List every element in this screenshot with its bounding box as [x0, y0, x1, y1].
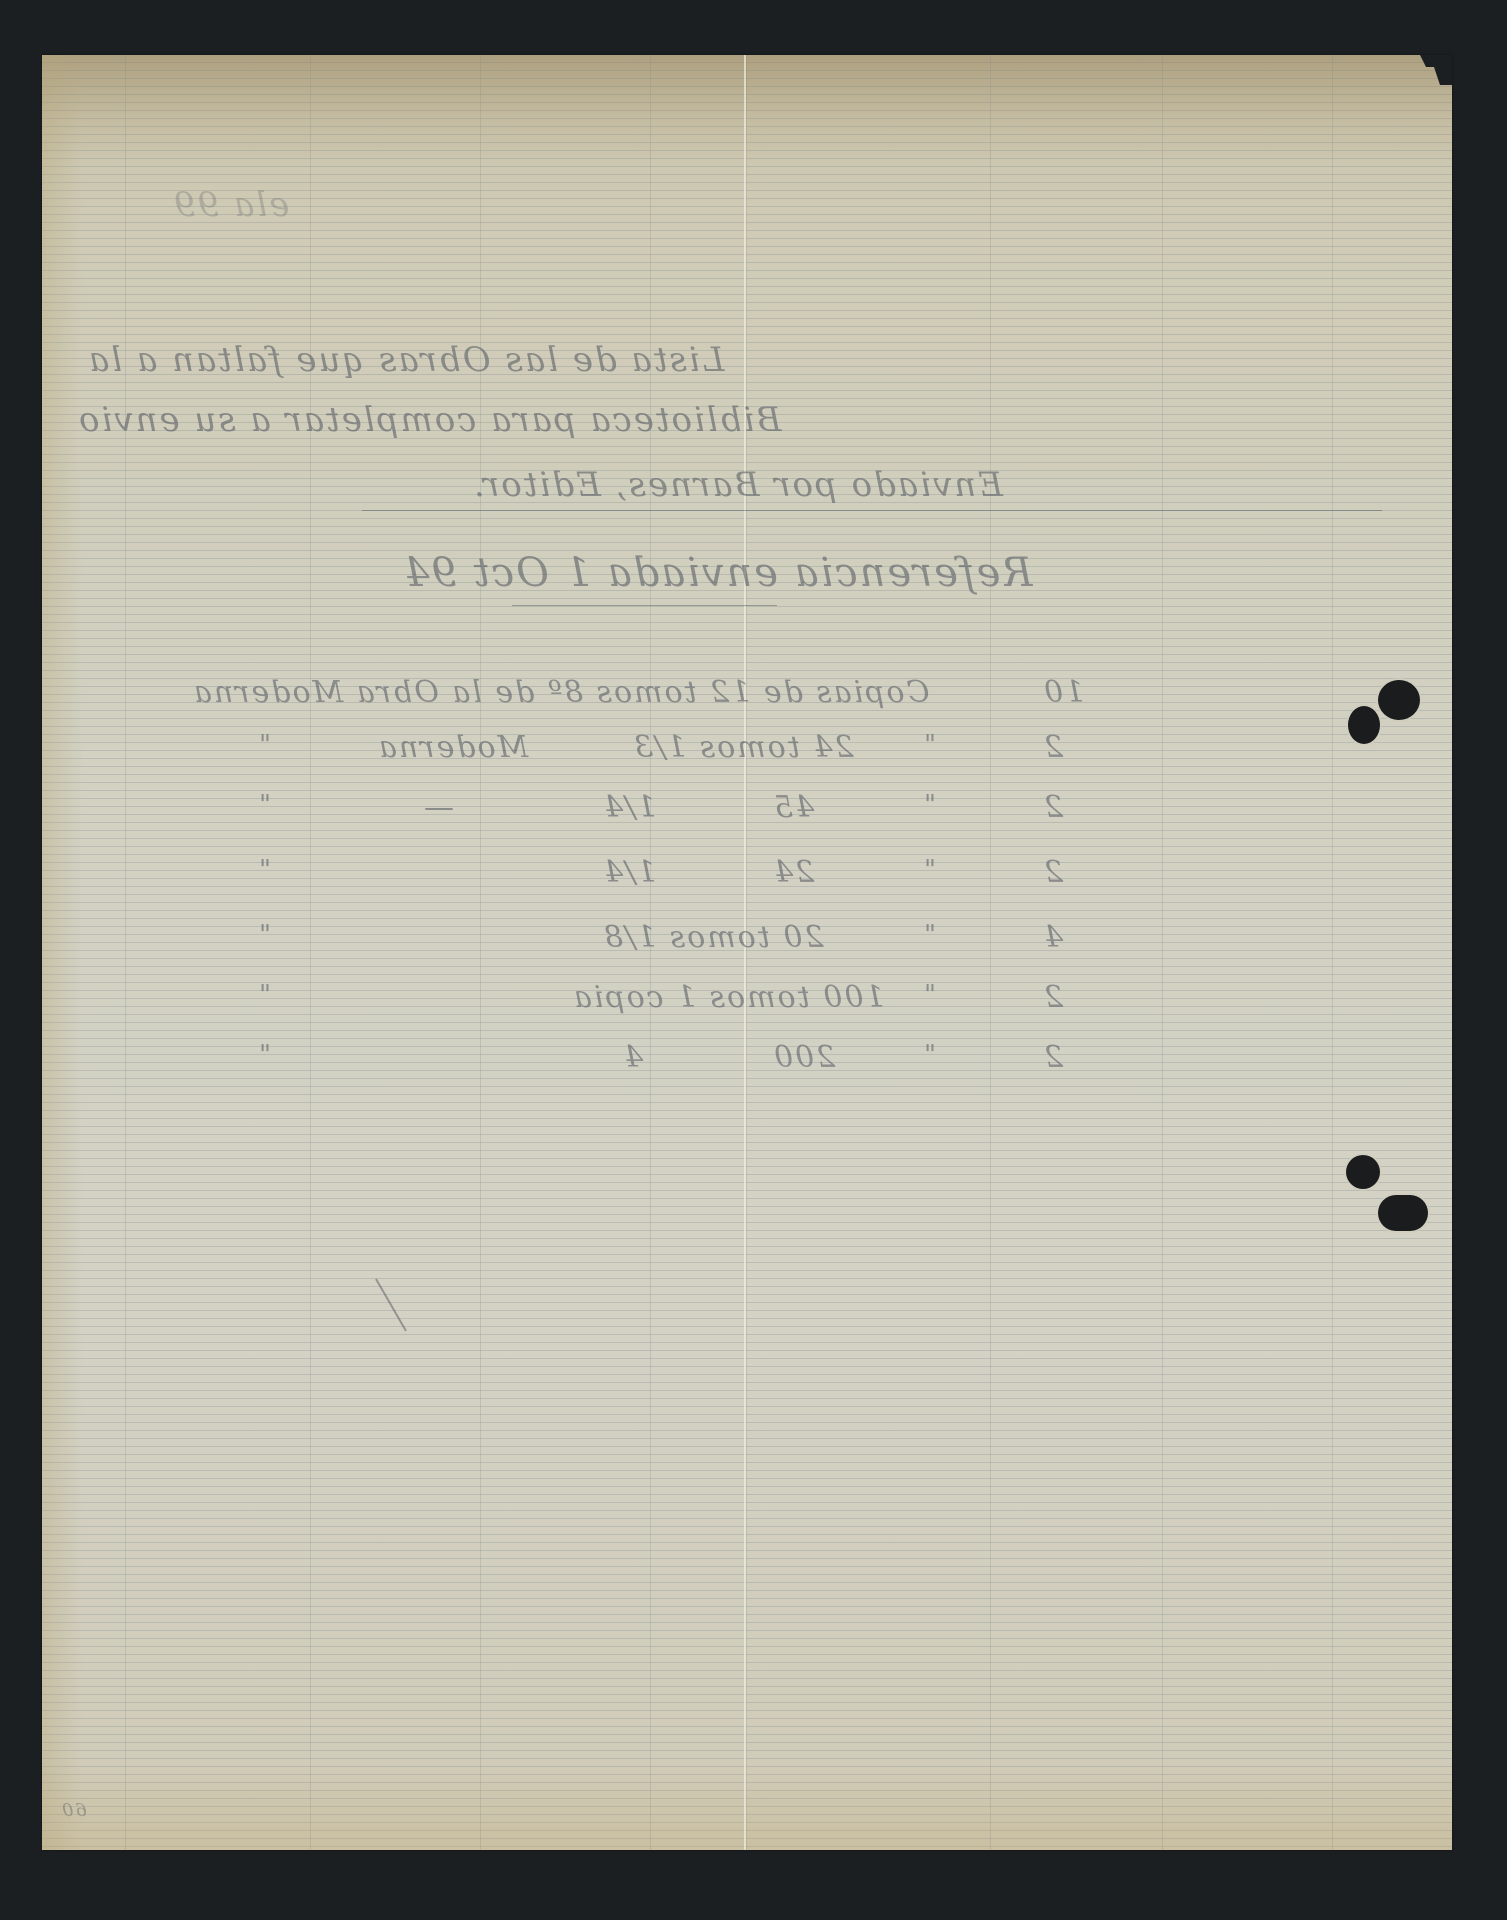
heading-line-1: Lista de las Obras que faltan a la: [87, 340, 724, 380]
paper-sheet: ela 99 Lista de las Obras que faltan a l…: [42, 55, 1452, 1850]
corner-tear: [1412, 55, 1452, 85]
item-tail: ": [257, 790, 271, 820]
subheading-underline: [512, 605, 777, 606]
vertical-rule: [310, 55, 311, 1850]
stain-bottom: [42, 1760, 1452, 1850]
item-note: —: [422, 790, 454, 825]
item-tail: ": [257, 730, 271, 760]
punch-hole: [1348, 706, 1380, 744]
item-ditto: ": [922, 855, 936, 885]
item-qty: 2: [1042, 1040, 1063, 1075]
item-note: Moderna: [377, 730, 528, 765]
stray-pencil-mark: [375, 1279, 407, 1332]
item-unit: 1/4: [602, 790, 656, 825]
item-desc: 45: [772, 790, 814, 825]
vertical-rule: [1162, 55, 1163, 1850]
item-ditto: ": [922, 980, 936, 1010]
item-desc: 20 tomos 1/8: [602, 920, 824, 955]
item-tail: ": [257, 855, 271, 885]
heading-line-3: Enviado por Barnes, Editor.: [472, 465, 1003, 505]
item-qty: 2: [1042, 980, 1063, 1015]
vertical-rule: [1332, 55, 1333, 1850]
water-stain-top: [42, 55, 1452, 165]
item-ditto: ": [922, 920, 936, 950]
item-ditto: ": [922, 790, 936, 820]
subheading: Referencia enviada 1 Oct 94: [402, 550, 1032, 596]
vertical-rule: [125, 55, 126, 1850]
item-qty: 10: [1042, 675, 1084, 710]
item-qty: 2: [1042, 790, 1063, 825]
paper-edge-left: [42, 55, 82, 1850]
corner-stamp: 60: [60, 1800, 87, 1821]
item-desc: Copias de 12 tomos 8º de la Obra Moderna: [192, 675, 929, 710]
punch-hole: [1378, 680, 1420, 720]
item-desc: 24: [772, 855, 814, 890]
item-unit: 1/4: [602, 855, 656, 890]
item-qty: 4: [1042, 920, 1063, 955]
punch-hole: [1378, 1195, 1428, 1231]
item-desc: 200: [772, 1040, 835, 1075]
item-tail: ": [257, 1040, 271, 1070]
item-tail: ": [257, 980, 271, 1010]
faint-top-mark: ela 99: [172, 185, 289, 225]
vertical-rule: [990, 55, 991, 1850]
item-desc: 100 tomos 1 copia: [572, 980, 885, 1015]
heading-rule: [362, 510, 1382, 511]
item-desc: 24 tomos 1/3: [632, 730, 854, 765]
item-tail: ": [257, 920, 271, 950]
item-unit: 4: [622, 1040, 643, 1075]
item-qty: 2: [1042, 855, 1063, 890]
item-ditto: ": [922, 1040, 936, 1070]
punch-hole: [1346, 1155, 1380, 1189]
item-qty: 2: [1042, 730, 1063, 765]
vertical-rule: [480, 55, 481, 1850]
item-ditto: ": [922, 730, 936, 760]
heading-line-2: Biblioteca para completar a su envio: [77, 400, 781, 440]
